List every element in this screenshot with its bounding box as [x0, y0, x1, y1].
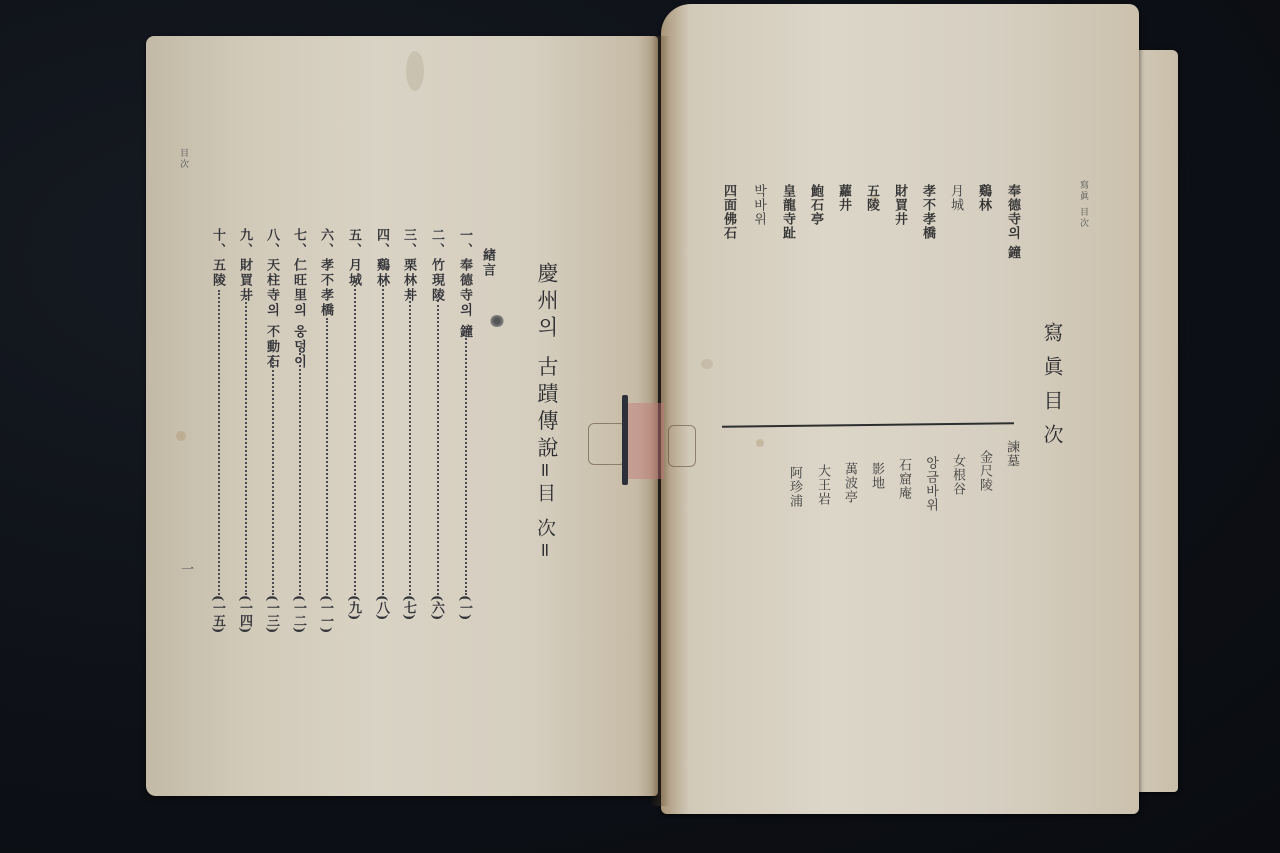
photo-entry: 박바위 — [749, 184, 768, 226]
binding-stitch — [588, 395, 698, 485]
ornament-icon — [490, 315, 504, 327]
photo-entry: 諫墓 — [1002, 440, 1021, 468]
left-page-number: 一 — [176, 562, 195, 575]
photo-entry: 奉德寺의 鐘 — [1003, 184, 1022, 260]
photo-entry: 女根谷 — [948, 454, 967, 496]
photo-entry: 金尺陵 — [975, 450, 994, 492]
photo-entry: 鮑石亭 — [806, 184, 825, 226]
left-running-head: 目次 — [177, 148, 190, 170]
photo-entry: 阿珍浦 — [785, 466, 804, 508]
left-page — [146, 36, 658, 796]
paper-stain — [176, 431, 186, 441]
photo-entry: 孝不孝橋 — [918, 184, 937, 240]
photo-entry: 財買井 — [890, 184, 909, 226]
right-running-head: 寫眞 目次 — [1077, 180, 1090, 229]
photo-entry: 鷄林 — [974, 184, 993, 212]
toc-heading: =目 次= — [532, 462, 559, 563]
paper-stain — [756, 439, 764, 447]
paper-stain — [406, 51, 424, 91]
photo-entry: 五陵 — [862, 184, 881, 212]
photo-entry: 四面佛石 — [719, 184, 738, 240]
photo-toc-title: 寫眞目次 — [1038, 322, 1067, 458]
book-title: 慶州의 古蹟傳說 — [532, 262, 562, 464]
photo-entry: 앙금바위 — [921, 456, 940, 512]
right-page — [661, 4, 1139, 814]
photo-entry: 蘿井 — [834, 184, 853, 212]
photo-entry: 萬波亭 — [840, 462, 859, 504]
paper-stain — [701, 359, 713, 369]
photo-entry: 影地 — [867, 462, 886, 490]
photo-entry: 月城 — [946, 184, 965, 212]
photo-entry: 石窟庵 — [894, 458, 913, 500]
toc-preface: 緖言 — [478, 248, 497, 278]
photo-entry: 皇龍寺趾 — [778, 184, 797, 240]
photo-entry: 大王岩 — [813, 464, 832, 506]
